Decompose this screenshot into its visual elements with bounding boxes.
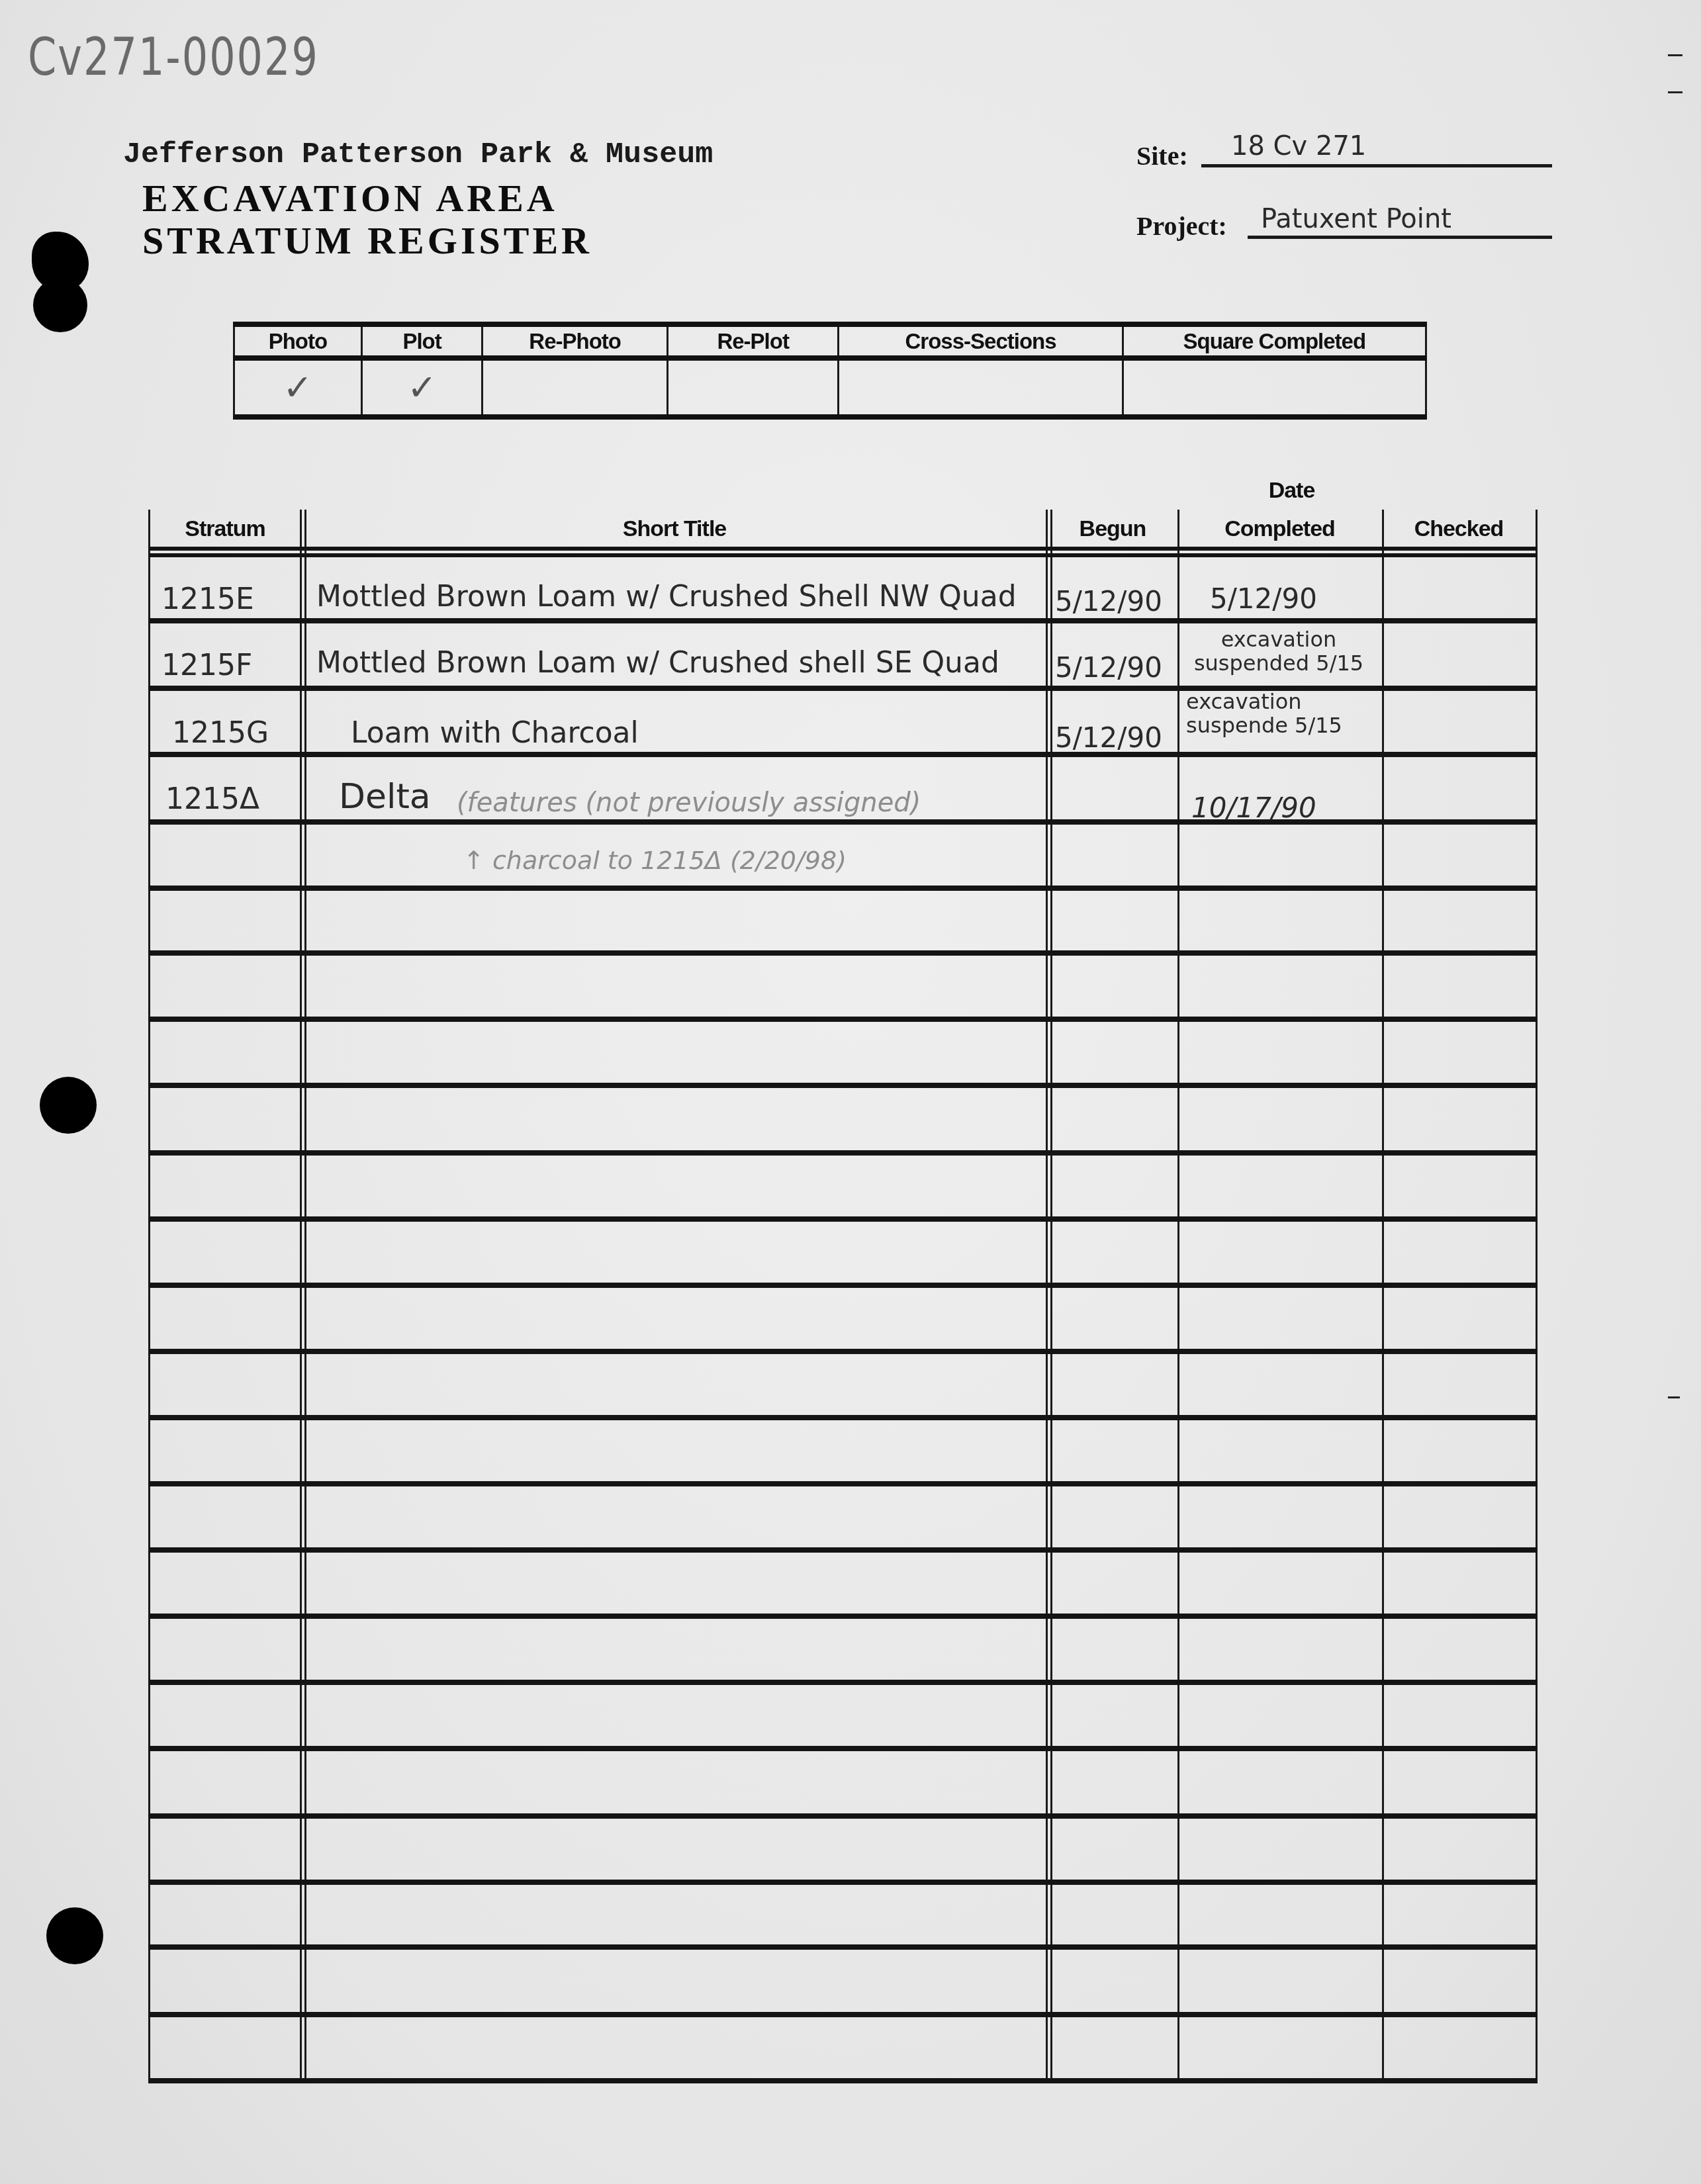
row-divider: [148, 950, 1538, 956]
site-underline: [1201, 164, 1552, 167]
project-field[interactable]: Patuxent Point: [1261, 204, 1451, 234]
rephoto-cell[interactable]: [483, 358, 668, 417]
scan-edge-mark: [1668, 54, 1682, 56]
row-divider: [148, 618, 1538, 623]
form-title-line1: EXCAVATION AREA: [142, 176, 558, 220]
status-header-replot: Re-Plot: [667, 324, 839, 358]
row-divider: [148, 1415, 1538, 1420]
short-title-pencil-note: (features (not previously assigned): [457, 788, 921, 818]
checkmark-icon: ✓: [407, 367, 437, 408]
table-border-left: [148, 510, 150, 2082]
scanned-form-page: Cv271-00029 Jefferson Patterson Park & M…: [0, 0, 1701, 2184]
column-header-completed: Completed: [1177, 516, 1382, 542]
short-title-pencil-note: ↑ charcoal to 1215Δ (2/20/98): [463, 846, 847, 875]
square-completed-cell[interactable]: [1123, 358, 1426, 417]
row-divider: [148, 1614, 1538, 1619]
organization-name: Jefferson Patterson Park & Museum: [123, 138, 713, 171]
row-divider: [148, 1216, 1538, 1222]
status-header-cross-sections: Cross-Sections: [839, 324, 1123, 358]
row-divider: [148, 1680, 1538, 1685]
short-title-cell[interactable]: Mottled Brown Loam w/ Crushed Shell NW Q…: [316, 580, 1017, 614]
begun-date-cell[interactable]: 5/12/90: [1055, 651, 1162, 684]
short-title-cell[interactable]: Delta: [339, 777, 431, 817]
completed-note-cell[interactable]: excavation suspende 5/15: [1179, 690, 1378, 737]
replot-cell[interactable]: [667, 358, 839, 417]
scan-edge-mark: [1668, 91, 1682, 93]
scan-edge-mark: [1668, 1396, 1680, 1398]
row-divider: [148, 1349, 1538, 1354]
archive-id: Cv271-00029: [28, 26, 319, 87]
date-group-header: Date: [1048, 478, 1536, 504]
status-header-square-completed: Square Completed: [1123, 324, 1426, 358]
row-divider: [148, 886, 1538, 891]
stratum-cell[interactable]: 1215G: [172, 716, 269, 750]
status-table: Photo Plot Re-Photo Re-Plot Cross-Sectio…: [233, 322, 1427, 420]
column-divider: [1177, 510, 1179, 2082]
column-header-stratum: Stratum: [149, 516, 301, 542]
column-divider: [1382, 510, 1384, 2082]
completed-date-cell[interactable]: 10/17/90: [1191, 792, 1316, 824]
column-divider: [304, 510, 306, 2082]
site-label: Site:: [1136, 140, 1188, 171]
short-title-cell[interactable]: Loam with Charcoal: [351, 716, 639, 750]
header-rule: [148, 553, 1538, 557]
completed-note-cell[interactable]: excavation suspended 5/15: [1179, 627, 1378, 675]
column-header-checked: Checked: [1382, 516, 1536, 542]
row-divider: [148, 1880, 1538, 1885]
row-divider: [148, 1944, 1538, 1950]
column-divider: [300, 510, 302, 2082]
row-divider: [148, 819, 1538, 825]
row-divider: [148, 1283, 1538, 1288]
column-header-short-title: Short Title: [301, 516, 1048, 542]
stratum-cell[interactable]: 1215E: [161, 582, 254, 616]
row-divider: [148, 2012, 1538, 2017]
status-header-photo: Photo: [234, 324, 362, 358]
form-title-line2: STRATUM REGISTER: [142, 218, 592, 263]
project-label: Project:: [1136, 210, 1227, 242]
stratum-cell[interactable]: 1215Δ: [165, 782, 259, 816]
completed-date-cell[interactable]: 5/12/90: [1210, 582, 1317, 615]
row-divider: [148, 1017, 1538, 1022]
column-divider: [1046, 510, 1048, 2082]
site-field[interactable]: 18 Cv 271: [1231, 131, 1366, 161]
table-border-bottom: [148, 2078, 1538, 2083]
status-header-rephoto: Re-Photo: [483, 324, 668, 358]
row-divider: [148, 1150, 1538, 1156]
row-divider: [148, 1547, 1538, 1553]
table-border-right: [1536, 510, 1538, 2082]
project-underline: [1248, 236, 1552, 239]
stratum-cell[interactable]: 1215F: [161, 649, 252, 682]
short-title-cell[interactable]: Mottled Brown Loam w/ Crushed shell SE Q…: [316, 646, 999, 680]
cross-sections-cell[interactable]: [839, 358, 1123, 417]
status-header-plot: Plot: [361, 324, 483, 358]
column-divider: [1050, 510, 1052, 2082]
plot-checkmark-cell[interactable]: ✓: [361, 358, 483, 417]
photo-checkmark-cell[interactable]: ✓: [234, 358, 362, 417]
row-divider: [148, 1746, 1538, 1751]
checkmark-icon: ✓: [283, 367, 312, 408]
column-header-begun: Begun: [1048, 516, 1177, 542]
punch-hole: [40, 1077, 97, 1134]
begun-date-cell[interactable]: 5/12/90: [1055, 585, 1162, 617]
row-divider: [148, 1481, 1538, 1486]
header-rule: [148, 547, 1538, 551]
begun-date-cell[interactable]: 5/12/90: [1055, 721, 1162, 754]
punch-hole: [46, 1907, 103, 1964]
row-divider: [148, 1813, 1538, 1819]
row-divider: [148, 752, 1538, 757]
row-divider: [148, 1083, 1538, 1088]
punch-hole: [33, 278, 87, 332]
